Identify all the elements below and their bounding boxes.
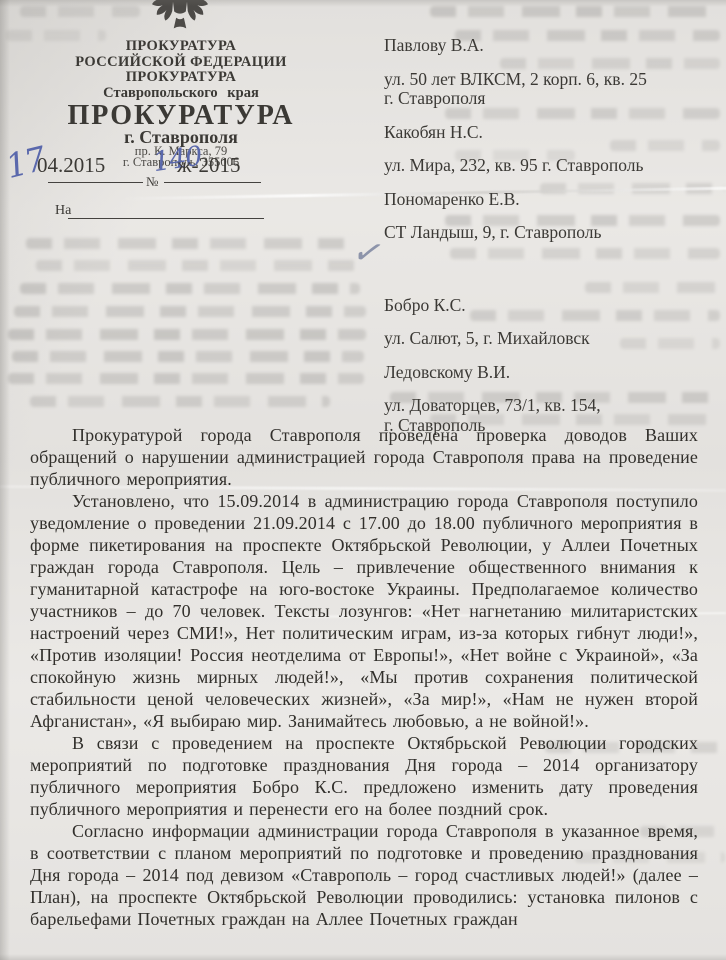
recipient-address: СТ Ландыш, 9, г. Ставрополь <box>384 223 722 243</box>
org-name-line2: РОССИЙСКОЙ ФЕДЕРАЦИИ <box>16 55 346 71</box>
body-paragraph: Установлено, что 15.09.2014 в администра… <box>30 490 698 732</box>
body-paragraph: Согласно информации администрации города… <box>30 820 698 930</box>
checkmark-icon: ✓ <box>351 241 386 265</box>
recipient-name: ✓ Бобро К.С. <box>384 257 722 316</box>
body-paragraph: Прокуратурой города Ставрополя проведена… <box>30 424 698 490</box>
org-name-line4: Ставропольского края <box>16 86 346 102</box>
reply-to-label: На <box>55 203 71 219</box>
recipient-address: ул. Салют, 5, г. Михайловск <box>384 329 722 349</box>
date-underline <box>48 182 143 183</box>
bleed-through-line <box>12 351 364 362</box>
bleed-through-line <box>430 6 720 17</box>
scanned-letter-page: ПРОКУРАТУРА РОССИЙСКОЙ ФЕДЕРАЦИИ ПРОКУРА… <box>0 0 726 960</box>
bleed-through-line <box>14 306 366 317</box>
recipient-name: Ледовскому В.И. <box>384 363 722 383</box>
recipient-address: ул. 50 лет ВЛКСМ, 2 корп. 6, кв. 25 г. С… <box>384 70 722 109</box>
bleed-through-line <box>26 238 356 249</box>
printed-date: 04.2015 <box>37 153 105 178</box>
recipients-block: Павлову В.А. ул. 50 лет ВЛКСМ, 2 корп. 6… <box>384 36 722 449</box>
reply-to-underline <box>68 218 264 219</box>
body-paragraph: В связи с проведением на проспекте Октяб… <box>30 732 698 820</box>
org-name-line1: ПРОКУРАТУРА <box>16 39 346 55</box>
number-underline <box>164 182 261 183</box>
recipient-name: Павлову В.А. <box>384 36 722 56</box>
bleed-through-line <box>20 283 360 294</box>
bleed-through-line <box>30 396 330 407</box>
recipient-address: ул. Мира, 232, кв. 95 г. Ставрополь <box>384 156 722 176</box>
bleed-through-line <box>8 373 364 384</box>
recipient-name: Пономаренко Е.В. <box>384 190 722 210</box>
reply-to-row: На <box>0 201 360 227</box>
org-name-line3: ПРОКУРАТУРА <box>16 70 346 86</box>
recipient-name-text: Бобро К.С. <box>384 295 466 315</box>
coat-of-arms-icon <box>151 0 211 36</box>
letter-body: Прокуратурой города Ставрополя проведена… <box>30 424 698 960</box>
printed-number-suffix: ж-2015 <box>177 153 241 178</box>
scan-edge-shadow <box>0 0 10 960</box>
office-title: ПРОКУРАТУРА <box>16 103 346 129</box>
bleed-through-line <box>36 260 356 271</box>
bleed-through-line <box>8 329 366 340</box>
recipient-name: Какобян Н.С. <box>384 123 722 143</box>
